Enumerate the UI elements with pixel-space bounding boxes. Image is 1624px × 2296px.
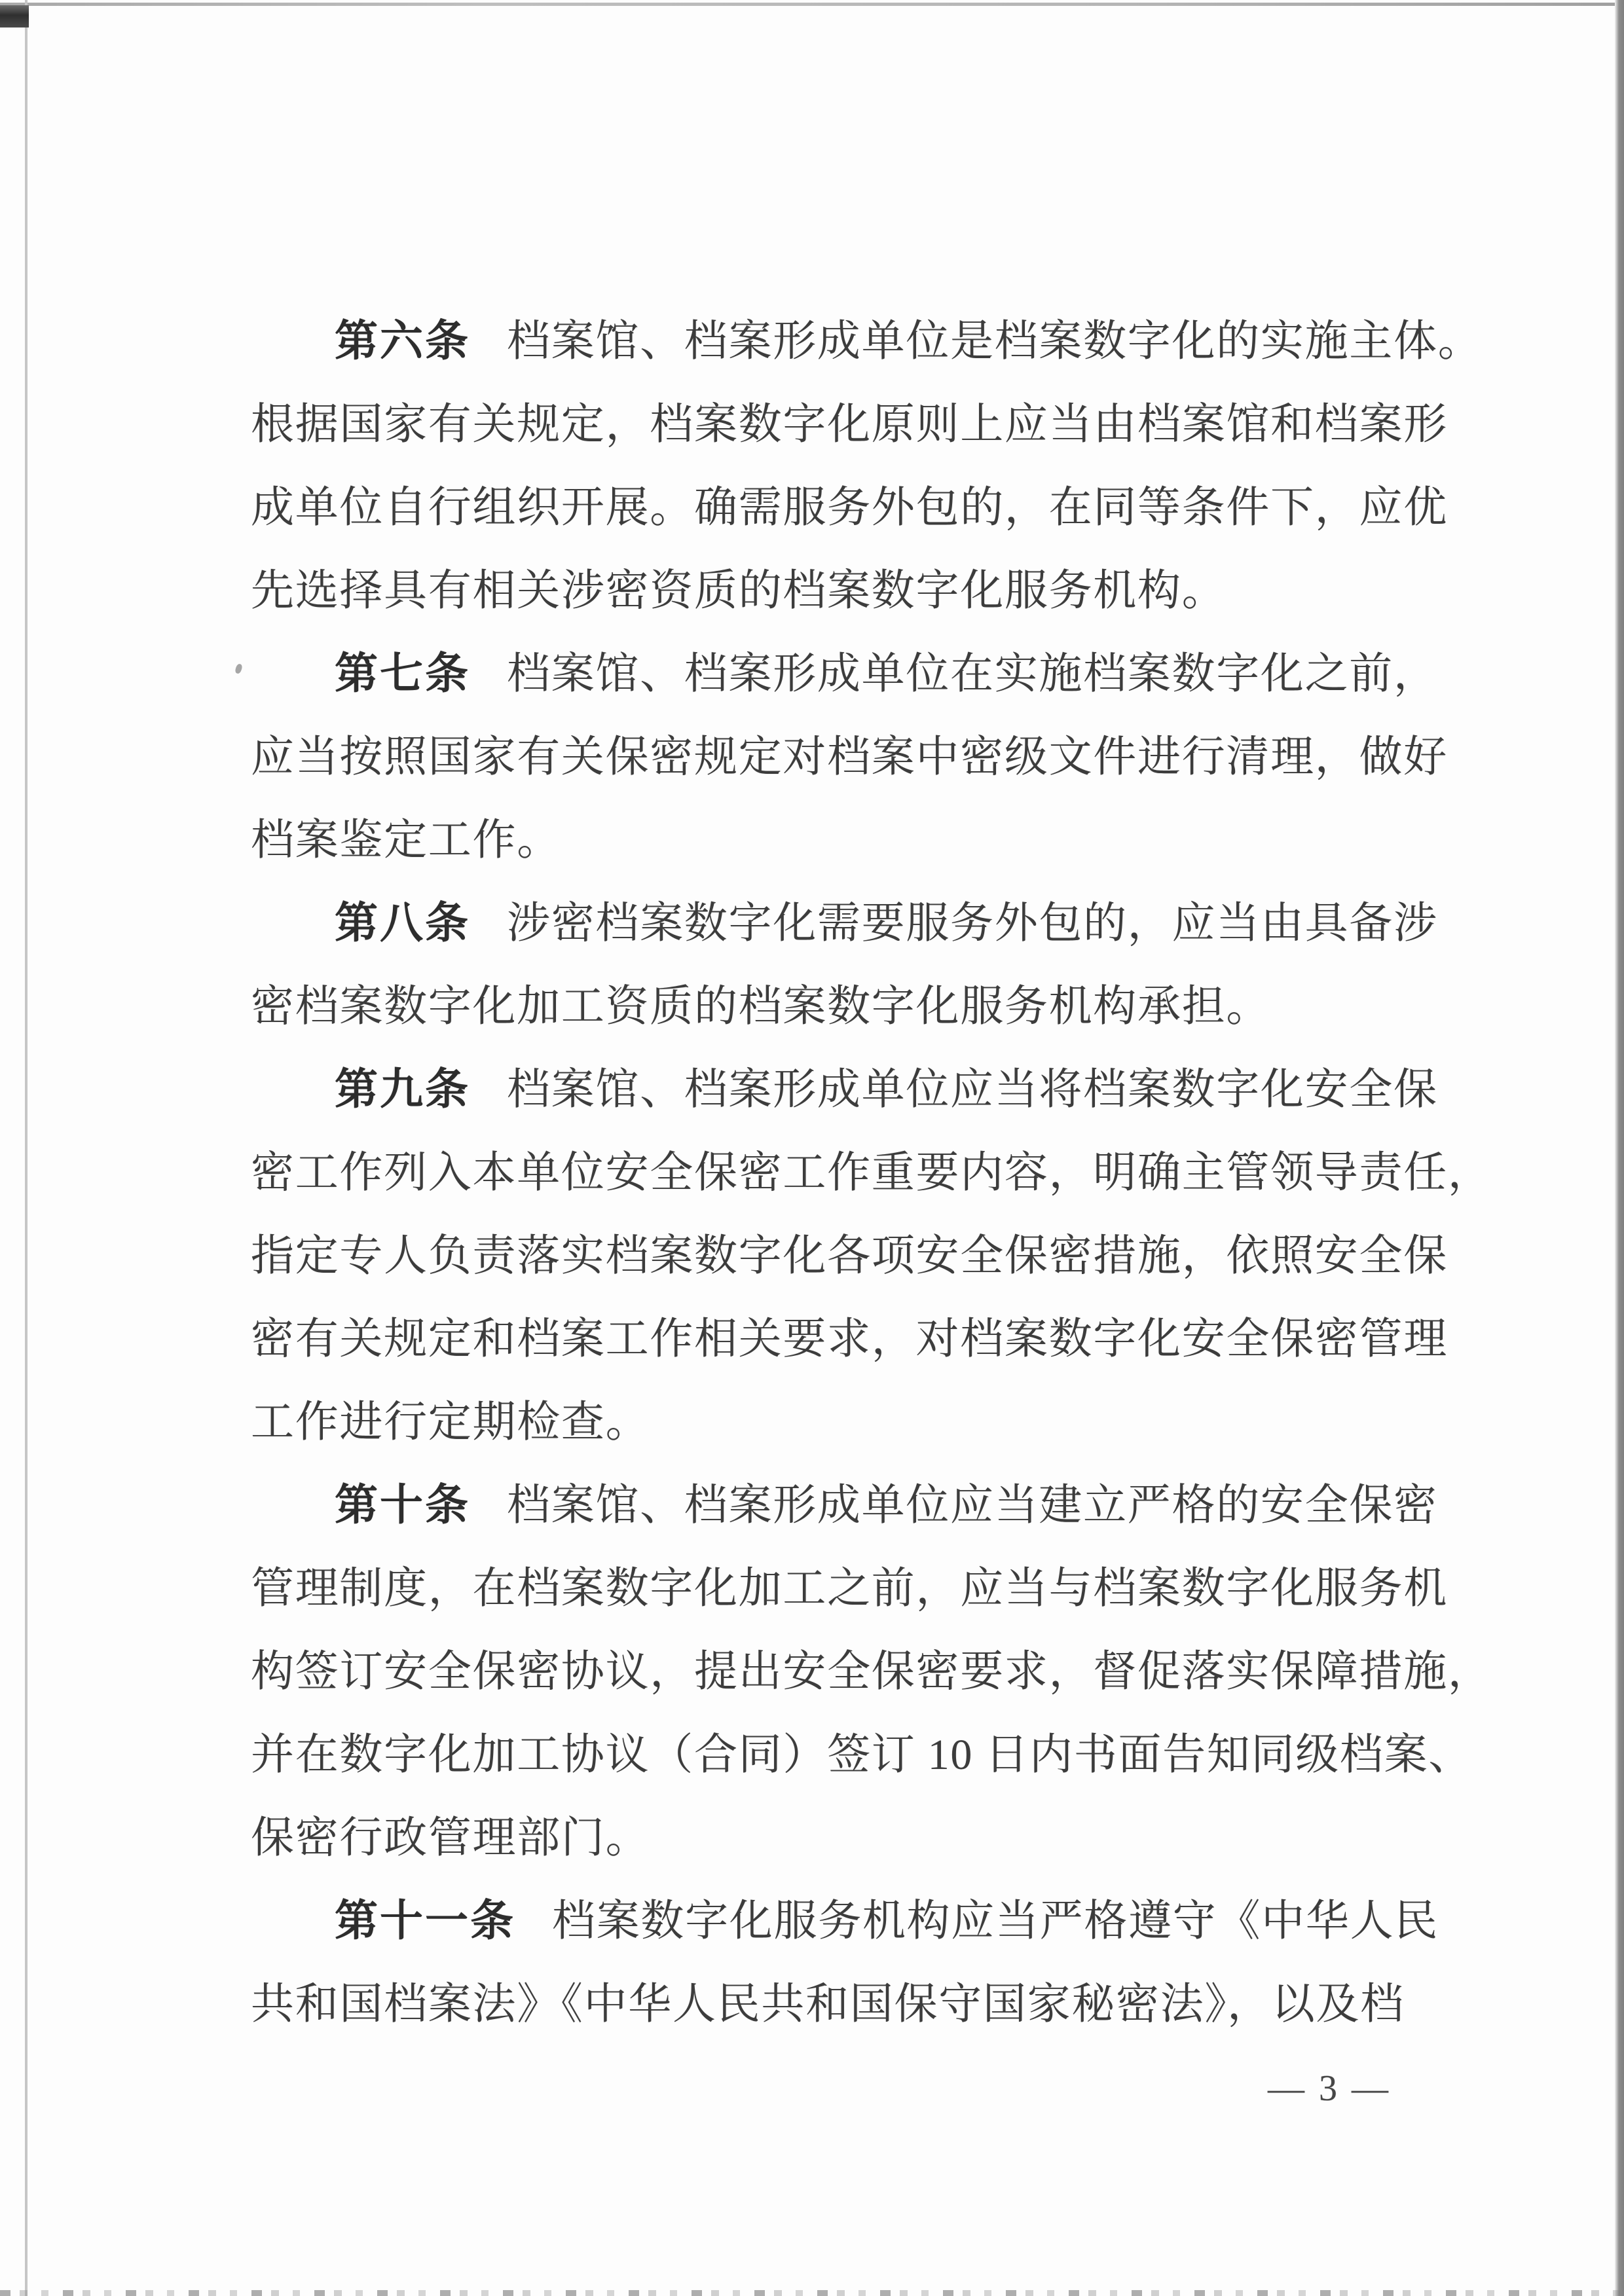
article-number-label: 第十一条	[335, 1897, 515, 1945]
text-line-body: 密有关规定和档案工作相关要求，对档案数字化安全保密管理	[251, 1315, 1448, 1363]
text-line-body: 档案馆、档案形成单位在实施档案数字化之前，	[507, 650, 1438, 698]
text-line-body: 根据国家有关规定，档案数字化原则上应当由档案馆和档案形	[251, 401, 1448, 448]
text-line-body: 共和国档案法》《中华人民共和国保守国家秘密法》，以及档	[251, 1980, 1405, 2028]
text-line: 第六条档案馆、档案形成单位是档案数字化的实施主体。	[251, 319, 1579, 365]
text-line: 成单位自行组织开展。确需服务外包的，在同等条件下，应优	[251, 485, 1495, 531]
text-line: 密有关规定和档案工作相关要求，对档案数字化安全保密管理	[251, 1317, 1495, 1362]
text-line: 第八条涉密档案数字化需要服务外包的，应当由具备涉	[251, 901, 1579, 947]
text-line-body: 档案馆、档案形成单位应当将档案数字化安全保	[507, 1066, 1438, 1114]
text-line: 密档案数字化加工资质的档案数字化服务机构承担。	[251, 984, 1495, 1030]
text-line: 并在数字化加工协议（合同）签订 10 日内书面告知同级档案、	[251, 1732, 1495, 1778]
text-line-body: 密档案数字化加工资质的档案数字化服务机构承担。	[251, 983, 1270, 1030]
scan-right-edge-band	[1615, 0, 1624, 2296]
text-line: 工作进行定期检查。	[251, 1400, 1495, 1446]
text-line-body: 档案馆、档案形成单位应当建立严格的安全保密	[507, 1482, 1438, 1529]
text-line-body: 档案馆、档案形成单位是档案数字化的实施主体。	[507, 318, 1482, 365]
article-number-label: 第六条	[335, 318, 470, 365]
text-line: 档案鉴定工作。	[251, 818, 1495, 864]
text-line: 先选择具有相关涉密资质的档案数字化服务机构。	[251, 568, 1495, 614]
text-line: 构签订安全保密协议，提出安全保密要求，督促落实保障措施，	[251, 1649, 1495, 1695]
text-line: 应当按照国家有关保密规定对档案中密级文件进行清理，做好	[251, 735, 1495, 780]
text-line-body: 档案数字化服务机构应当严格遵守《中华人民	[552, 1897, 1439, 1945]
text-line-body: 涉密档案数字化需要服务外包的，应当由具备涉	[507, 900, 1438, 947]
text-line: 保密行政管理部门。	[251, 1815, 1495, 1861]
text-line: 管理制度，在档案数字化加工之前，应当与档案数字化服务机	[251, 1566, 1495, 1612]
text-line-body: 并在数字化加工协议（合同）签订 10 日内书面告知同级档案、	[251, 1731, 1473, 1779]
text-line: 第十一条档案数字化服务机构应当严格遵守《中华人民	[251, 1899, 1579, 1944]
text-line-body: 先选择具有相关涉密资质的档案数字化服务机构。	[251, 567, 1226, 615]
text-line-body: 保密行政管理部门。	[251, 1814, 650, 1862]
text-line: 第九条档案馆、档案形成单位应当将档案数字化安全保	[251, 1067, 1579, 1113]
scan-speck	[234, 663, 243, 674]
scan-corner-artifact	[0, 5, 29, 27]
text-line-body: 管理制度，在档案数字化加工之前，应当与档案数字化服务机	[251, 1565, 1448, 1613]
text-line-body: 构签订安全保密协议，提出安全保密要求，督促落实保障措施，	[251, 1648, 1492, 1696]
scanned-document-page: { "page": { "number": "— 3 —" }, "doc": …	[0, 0, 1624, 2296]
text-line-body: 应当按照国家有关保密规定对档案中密级文件进行清理，做好	[251, 733, 1448, 781]
scan-bottom-noise	[0, 2290, 1624, 2296]
article-number-label: 第九条	[335, 1066, 470, 1114]
text-line: 第七条档案馆、档案形成单位在实施档案数字化之前，	[251, 651, 1579, 697]
text-line: 根据国家有关规定，档案数字化原则上应当由档案馆和档案形	[251, 402, 1495, 448]
text-line-body: 指定专人负责落实档案数字化各项安全保密措施，依照安全保	[251, 1232, 1448, 1280]
article-number-label: 第八条	[335, 900, 470, 947]
article-number-label: 第十条	[335, 1482, 470, 1529]
text-line-body: 档案鉴定工作。	[251, 816, 561, 864]
text-line-body: 成单位自行组织开展。确需服务外包的，在同等条件下，应优	[251, 484, 1448, 532]
text-line: 第十条档案馆、档案形成单位应当建立严格的安全保密	[251, 1483, 1579, 1529]
scan-top-edge-line	[0, 3, 1624, 6]
text-line-body: 密工作列入本单位安全保密工作重要内容，明确主管领导责任，	[251, 1149, 1492, 1197]
text-line-body: 工作进行定期检查。	[251, 1398, 650, 1446]
text-line: 密工作列入本单位安全保密工作重要内容，明确主管领导责任，	[251, 1150, 1495, 1196]
scan-left-edge-line	[25, 0, 28, 2296]
text-line: 指定专人负责落实档案数字化各项安全保密措施，依照安全保	[251, 1233, 1495, 1279]
text-line: 共和国档案法》《中华人民共和国保守国家秘密法》，以及档	[251, 1982, 1495, 2028]
article-number-label: 第七条	[335, 650, 470, 698]
page-number: — 3 —	[1238, 2069, 1421, 2108]
